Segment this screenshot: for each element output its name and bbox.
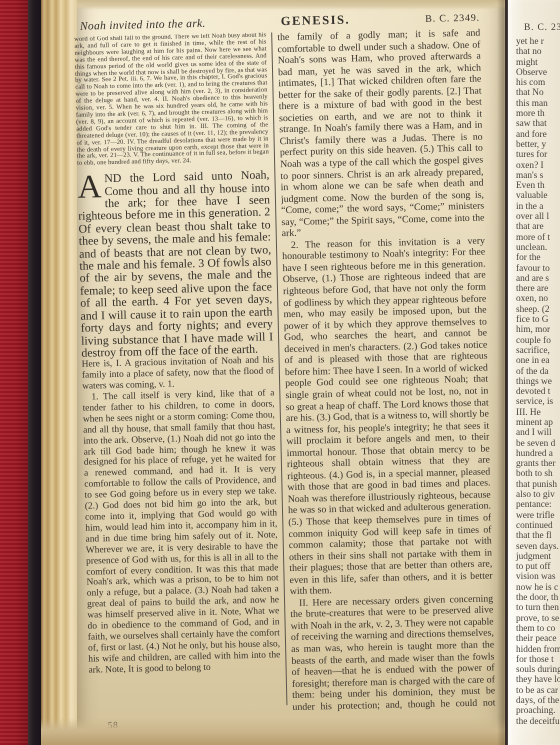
running-head-book: GENESIS. bbox=[281, 13, 351, 30]
scripture-text: AND the Lord said unto Noah, Come thou a… bbox=[77, 169, 273, 359]
next-page-partial-text: yet he r that no might Observe his com t… bbox=[516, 37, 560, 727]
drop-cap: A bbox=[77, 172, 104, 201]
next-page-running-head: B. C. 23 bbox=[524, 23, 560, 33]
left-page-content: Noah invited into the ark. GENESIS. B. C… bbox=[63, 0, 508, 745]
book-cover-edge bbox=[0, 0, 30, 745]
commentary-paragraph: the family of a godly man; it is safe an… bbox=[277, 28, 485, 240]
scripture-verses: ND the Lord said unto Noah, Come thou an… bbox=[78, 168, 273, 360]
commentary-paragraph: Here is, I. A gracious invitation of Noa… bbox=[82, 356, 275, 393]
next-page-sliver: B. C. 23 yet he r that no might Observe … bbox=[508, 0, 560, 745]
bottom-page-edge bbox=[41, 718, 505, 745]
commentary-paragraph: II. Here are necessary orders given conc… bbox=[290, 593, 496, 713]
text-columns: word of God shall fall to the ground. Th… bbox=[74, 28, 495, 718]
book-photo: Noah invited into the ark. GENESIS. B. C… bbox=[0, 0, 560, 745]
commentary-paragraph: 1. The call itself is very kind, like th… bbox=[82, 388, 280, 676]
top-page-edge bbox=[77, 0, 505, 10]
cover-page-gap bbox=[28, 0, 41, 745]
chapter-outline: word of God shall fall to the ground. Th… bbox=[74, 32, 269, 168]
running-head-title: Noah invited into the ark. bbox=[80, 18, 206, 33]
right-column: the family of a godly man; it is safe an… bbox=[277, 28, 495, 713]
left-column: word of God shall fall to the ground. Th… bbox=[74, 32, 281, 717]
left-page: Noah invited into the ark. GENESIS. B. C… bbox=[77, 0, 505, 745]
commentary-paragraph: 2. The reason for this invitation is a v… bbox=[282, 235, 493, 597]
running-head-date: B. C. 2349. bbox=[425, 13, 480, 25]
